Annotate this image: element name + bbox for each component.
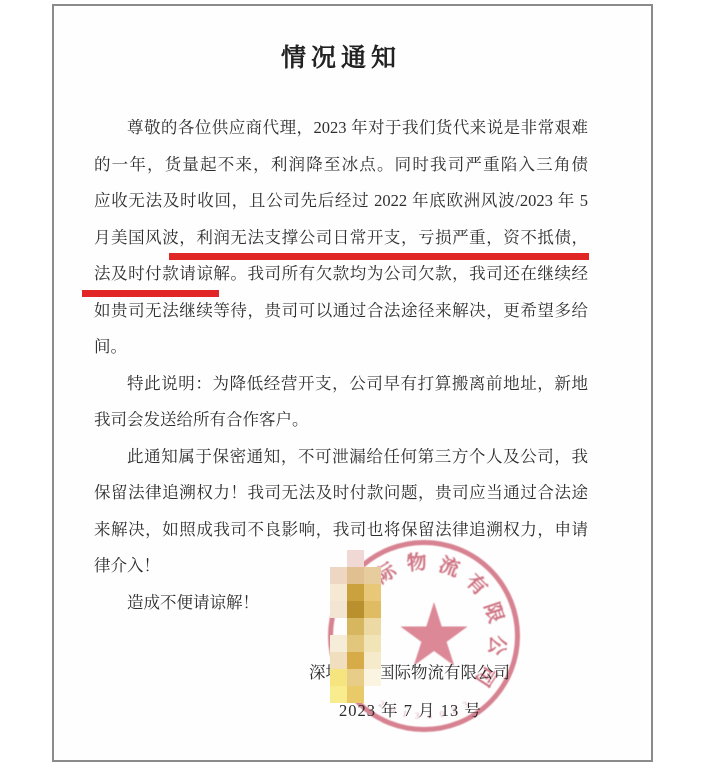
- mosaic-cell: [364, 601, 381, 618]
- mosaic-cell: [347, 652, 364, 669]
- mosaic-cell: [347, 550, 364, 567]
- mosaic-cell: [364, 652, 381, 669]
- mosaic-cell: [347, 584, 364, 601]
- body-line: 应收无法及时收回，且公司先后经过 2022 年底欧洲风波/2023 年 5: [94, 183, 588, 220]
- body-line: 如贵司无法继续等待，贵司可以通过合法途径来解决，更希望多给时: [94, 293, 588, 330]
- body-line: 法及时付款请谅解。我司所有欠款均为公司欠款，我司还在继续经营，: [94, 256, 588, 293]
- mosaic-cell: [347, 567, 364, 584]
- screenshot-canvas: 情况通知 尊敬的各位供应商代理，2023 年对于我们货代来说是非常艰难的一年，货…: [0, 0, 704, 770]
- mosaic-cell: [364, 567, 381, 584]
- signature-company: 国际物流有限公司: [378, 663, 510, 682]
- red-underline-2: [82, 290, 219, 297]
- mosaic-cell: [330, 669, 347, 686]
- body-line: 保留法律追溯权力！我司无法及时付款问题，贵司应当通过合法途径: [94, 475, 588, 512]
- mosaic-cell: [347, 601, 364, 618]
- document-page: 情况通知 尊敬的各位供应商代理，2023 年对于我们货代来说是非常艰难的一年，货…: [52, 4, 653, 762]
- body-line: 月美国风波，利润无法支撑公司日常开支，亏损严重，资不抵债，无: [94, 220, 588, 257]
- mosaic-cell: [364, 584, 381, 601]
- red-underline-1: [169, 253, 589, 260]
- mosaic-cell: [330, 601, 347, 618]
- mosaic-cell: [347, 618, 364, 635]
- page-title: 情况通知: [94, 43, 588, 75]
- body-line: 此通知属于保密通知，不可泄漏给任何第三方个人及公司，我司: [94, 439, 588, 476]
- mosaic-cell: [347, 669, 364, 686]
- body-line: 特此说明：为降低经营开支，公司早有打算搬离前地址，新地址: [94, 366, 588, 403]
- signature-date: 2023 年 7 月 13 号: [339, 701, 482, 721]
- mosaic-cell: [330, 686, 347, 703]
- mosaic-cell: [364, 618, 381, 635]
- mosaic-cell: [330, 584, 347, 601]
- mosaic-cell: [364, 635, 381, 652]
- body-line: 间。: [94, 329, 588, 366]
- body-line: 我司会发送给所有合作客户。: [94, 402, 588, 439]
- mosaic-cell: [330, 567, 347, 584]
- mosaic-cell: [347, 635, 364, 652]
- body-line: 的一年，货量起不来，利润降至冰点。同时我司严重陷入三角债务，: [94, 147, 588, 184]
- mosaic-cell: [330, 635, 347, 652]
- mosaic-cell: [364, 669, 381, 686]
- mosaic-cell: [330, 652, 347, 669]
- body-text: 尊敬的各位供应商代理，2023 年对于我们货代来说是非常艰难的一年，货量起不来，…: [94, 110, 588, 621]
- stamp-ring-character: 公: [483, 632, 510, 659]
- mosaic-cell: [347, 686, 364, 703]
- body-line: 尊敬的各位供应商代理，2023 年对于我们货代来说是非常艰难: [94, 110, 588, 147]
- body-line: 来解决，如照成我司不良影响，我司也将保留法律追溯权力，申请法: [94, 512, 588, 549]
